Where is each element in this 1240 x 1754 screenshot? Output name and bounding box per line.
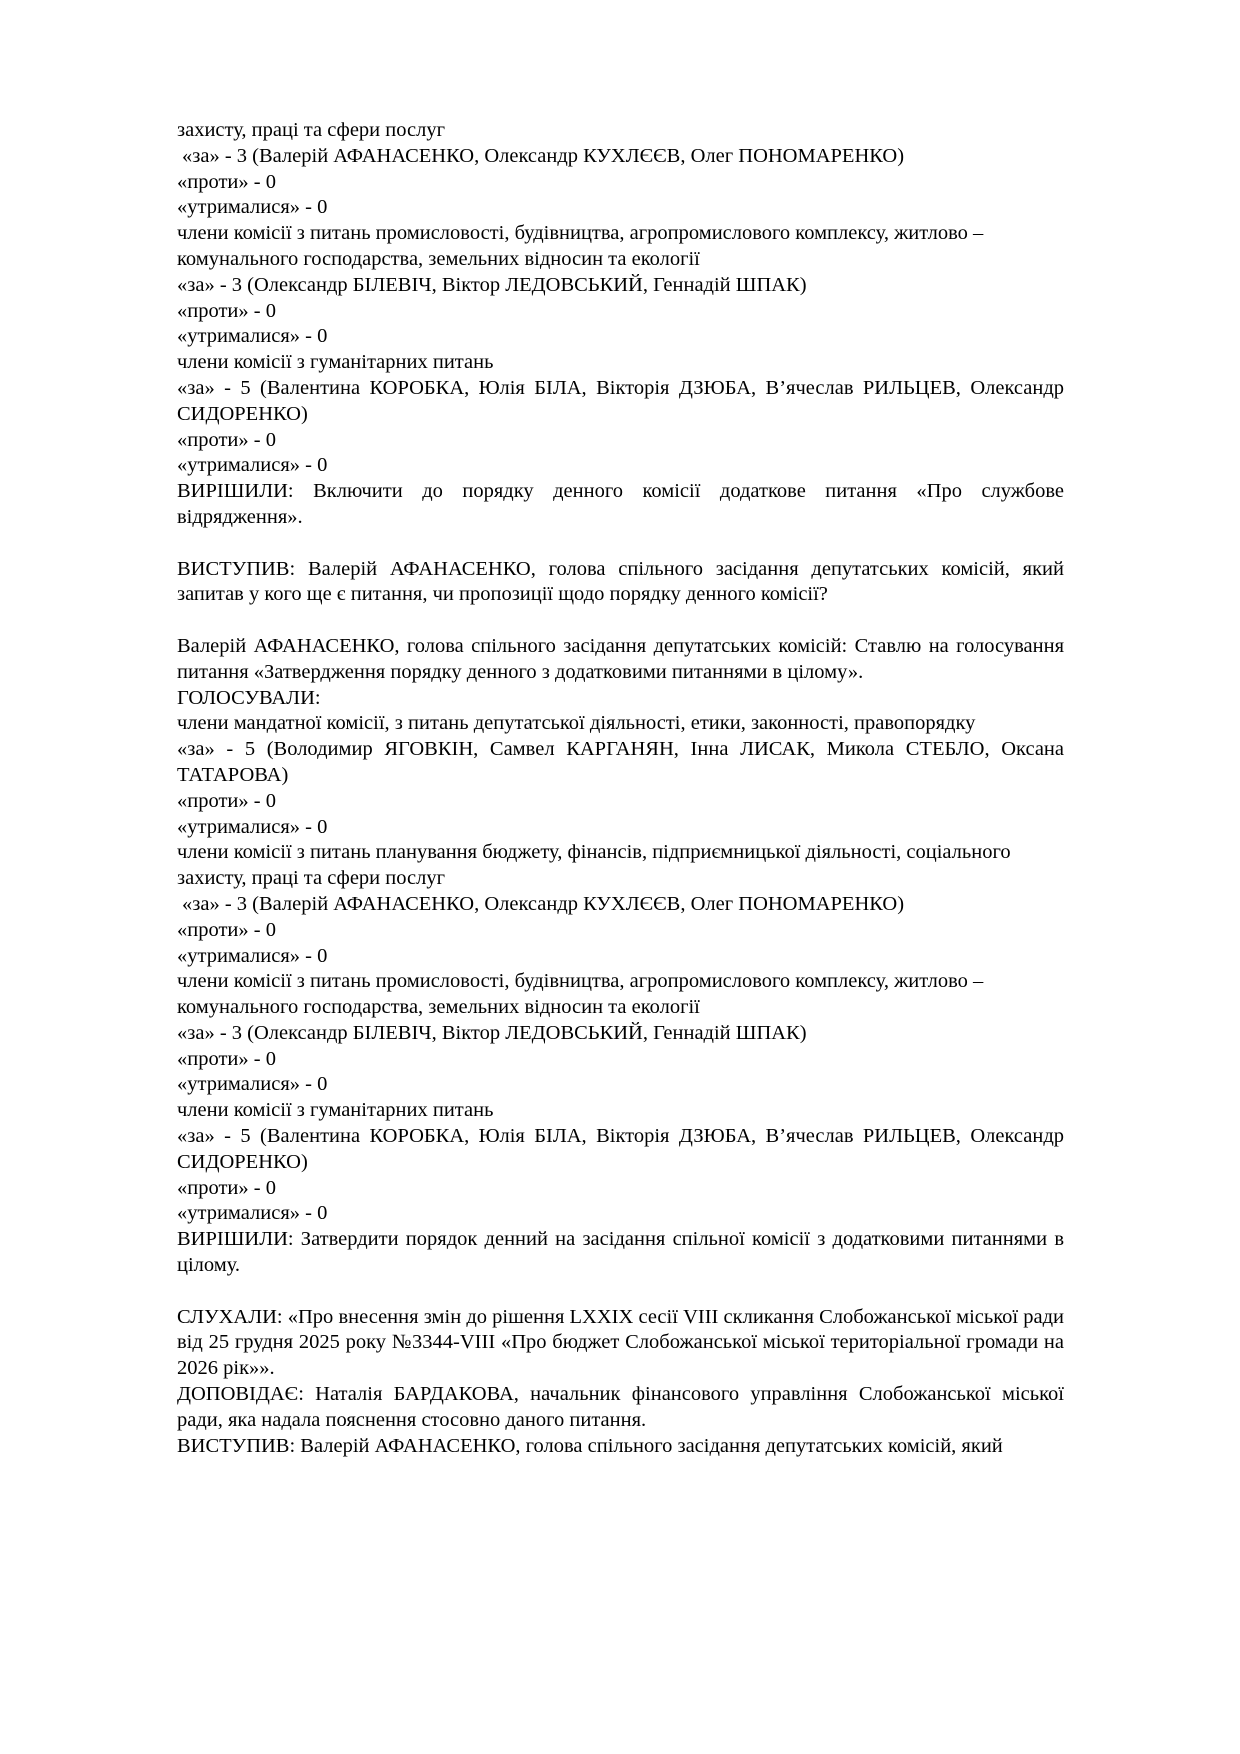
blank-line xyxy=(177,531,1064,557)
heard-paragraph: СЛУХАЛИ: «Про внесення змін до рішення L… xyxy=(177,1305,1064,1382)
vote-against-line: «проти» - 0 xyxy=(177,299,1064,325)
paragraph: захисту, праці та сфери послуг xyxy=(177,118,1064,144)
decision-paragraph: ВИРІШИЛИ: Затвердити порядок денний на з… xyxy=(177,1227,1064,1279)
vote-for-line: «за» - 3 (Олександр БІЛЕВІЧ, Віктор ЛЕДО… xyxy=(177,1021,1064,1047)
vote-against-line: «проти» - 0 xyxy=(177,1047,1064,1073)
speaker-paragraph: ВИСТУПИВ: Валерій АФАНАСЕНКО, голова спі… xyxy=(177,1434,1064,1460)
vote-for-line: «за» - 3 (Валерій АФАНАСЕНКО, Олександр … xyxy=(177,144,1064,170)
vote-for-line: «за» - 5 (Володимир ЯГОВКІН, Самвел КАРГ… xyxy=(177,737,1064,789)
blank-line xyxy=(177,1279,1064,1305)
vote-abstain-line: «утрималися» - 0 xyxy=(177,815,1064,841)
speaker-paragraph: ВИСТУПИВ: Валерій АФАНАСЕНКО, голова спі… xyxy=(177,557,1064,609)
vote-against-line: «проти» - 0 xyxy=(177,170,1064,196)
committee-heading: члени комісії з питань промисловості, бу… xyxy=(177,221,1064,273)
vote-abstain-line: «утрималися» - 0 xyxy=(177,453,1064,479)
reporter-paragraph: ДОПОВІДАЄ: Наталія БАРДАКОВА, начальник … xyxy=(177,1382,1064,1434)
committee-heading: члени комісії з гуманітарних питань xyxy=(177,350,1064,376)
vote-for-line: «за» - 5 (Валентина КОРОБКА, Юлія БІЛА, … xyxy=(177,1124,1064,1176)
vote-for-line: «за» - 3 (Олександр БІЛЕВІЧ, Віктор ЛЕДО… xyxy=(177,273,1064,299)
document-page: захисту, праці та сфери послуг«за» - 3 (… xyxy=(177,118,1064,1459)
vote-for-line: «за» - 5 (Валентина КОРОБКА, Юлія БІЛА, … xyxy=(177,376,1064,428)
vote-for-line: «за» - 3 (Валерій АФАНАСЕНКО, Олександр … xyxy=(177,892,1064,918)
vote-abstain-line: «утрималися» - 0 xyxy=(177,195,1064,221)
voted-heading: ГОЛОСУВАЛИ: xyxy=(177,686,1064,712)
vote-against-line: «проти» - 0 xyxy=(177,789,1064,815)
vote-abstain-line: «утрималися» - 0 xyxy=(177,944,1064,970)
committee-heading: члени комісії з питань планування бюджет… xyxy=(177,840,1064,892)
vote-against-line: «проти» - 0 xyxy=(177,1176,1064,1202)
committee-heading: члени комісії з питань промисловості, бу… xyxy=(177,969,1064,1021)
blank-line xyxy=(177,608,1064,634)
vote-against-line: «проти» - 0 xyxy=(177,428,1064,454)
committee-heading: члени мандатної комісії, з питань депута… xyxy=(177,711,1064,737)
vote-against-line: «проти» - 0 xyxy=(177,918,1064,944)
committee-heading: члени комісії з гуманітарних питань xyxy=(177,1098,1064,1124)
vote-abstain-line: «утрималися» - 0 xyxy=(177,324,1064,350)
paragraph: Валерій АФАНАСЕНКО, голова спільного зас… xyxy=(177,634,1064,686)
vote-abstain-line: «утрималися» - 0 xyxy=(177,1201,1064,1227)
vote-abstain-line: «утрималися» - 0 xyxy=(177,1072,1064,1098)
decision-paragraph: ВИРІШИЛИ: Включити до порядку денного ко… xyxy=(177,479,1064,531)
